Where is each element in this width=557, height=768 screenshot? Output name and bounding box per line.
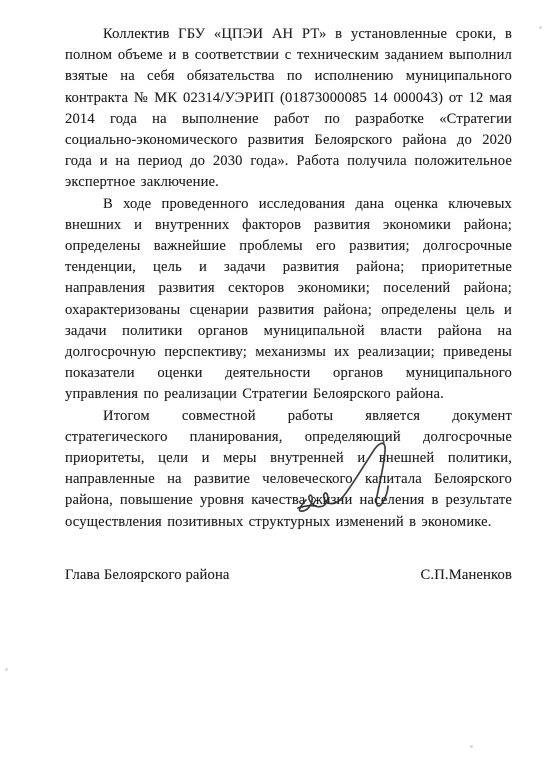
paragraph-contract-fulfillment: Коллектив ГБУ «ЦПЭИ АН РТ» в установленн… — [65, 24, 512, 194]
scan-speck — [539, 26, 542, 29]
signer-position: Глава Белоярского района — [65, 567, 230, 584]
signer-name: С.П.Маненков — [421, 567, 512, 584]
scan-speck — [470, 745, 473, 748]
paragraph-joint-work-outcome: Итогом совместной работы является докуме… — [65, 406, 512, 533]
document-body: Коллектив ГБУ «ЦПЭИ АН РТ» в установленн… — [65, 24, 512, 584]
scan-speck — [5, 668, 8, 671]
paragraph-research-results: В ходе проведенного исследования дана оц… — [65, 194, 512, 406]
signature-block: Глава Белоярского района С.П.Маненков — [65, 567, 512, 584]
document-page: Коллектив ГБУ «ЦПЭИ АН РТ» в установленн… — [0, 0, 557, 768]
